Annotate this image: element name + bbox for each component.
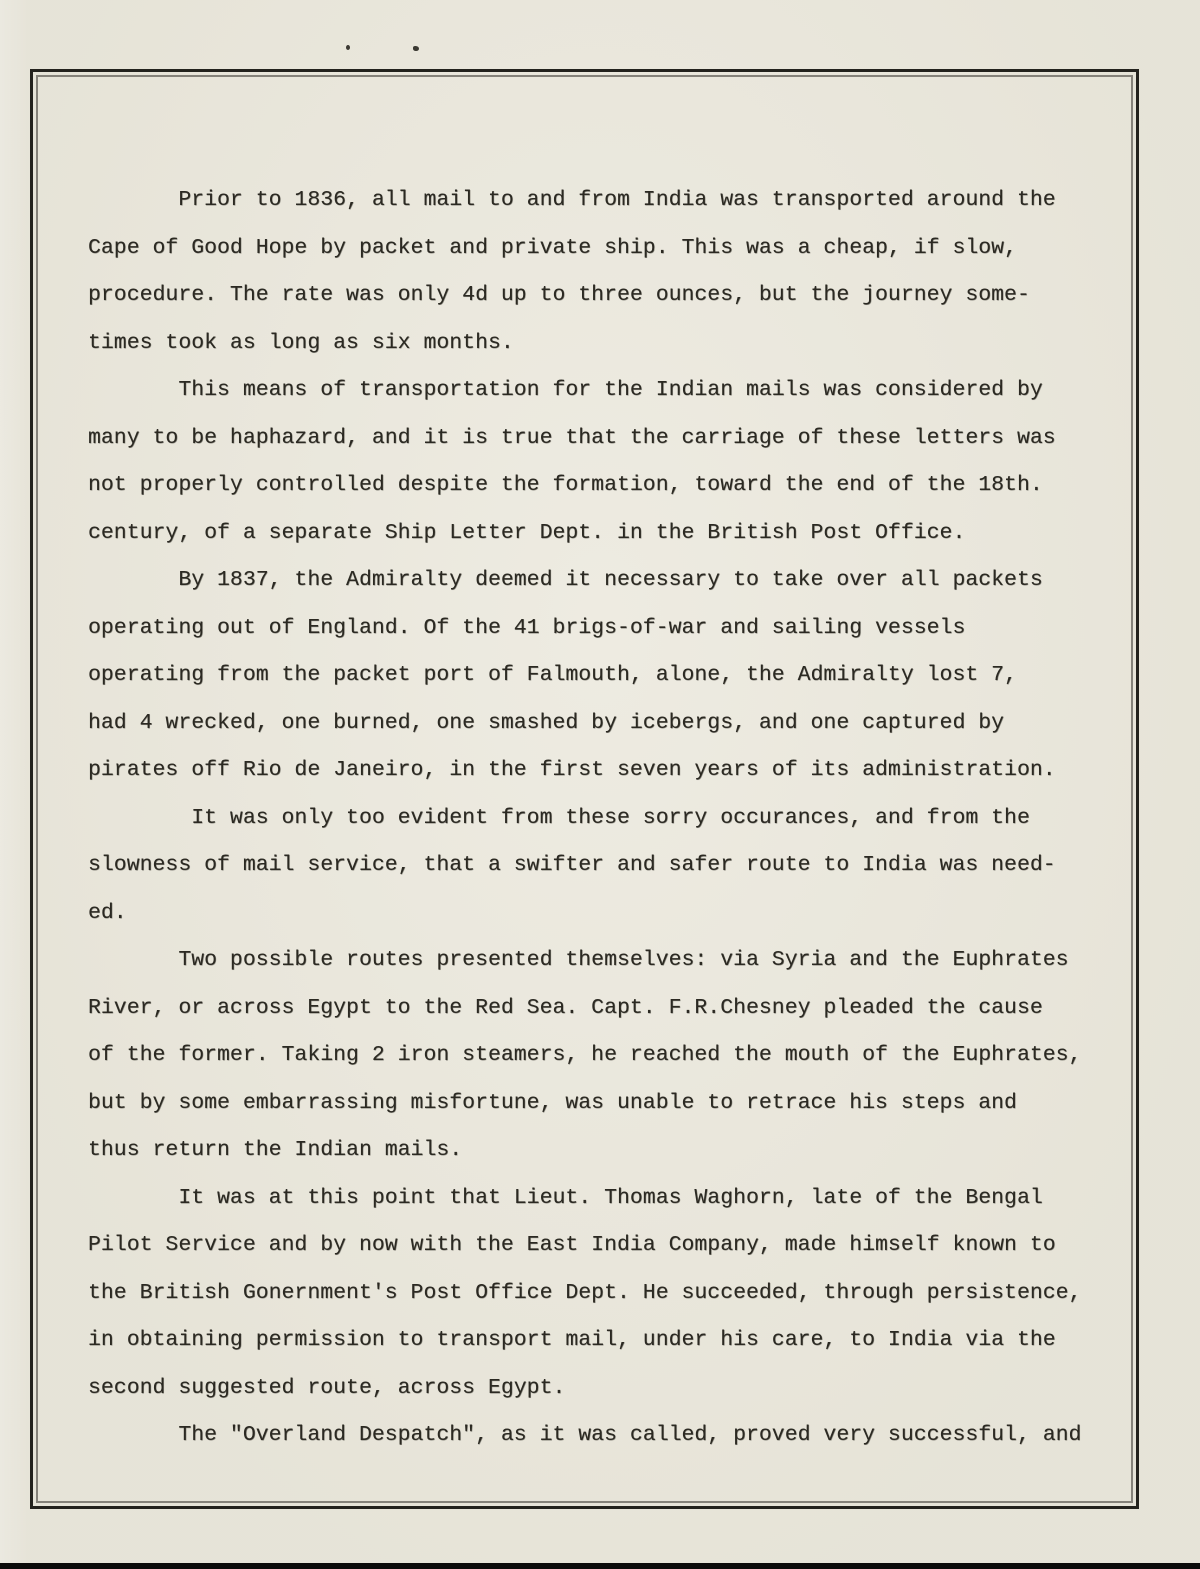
text-line: century, of a separate Ship Letter Dept.…: [88, 510, 1143, 558]
text-line: the British Gonernment's Post Office Dep…: [88, 1270, 1143, 1318]
text-line: slowness of mail service, that a swifter…: [88, 842, 1143, 890]
text-line: procedure. The rate was only 4d up to th…: [88, 272, 1143, 320]
text-line: The "Overland Despatch", as it was calle…: [88, 1412, 1143, 1460]
text-line: but by some embarrassing misfortune, was…: [88, 1080, 1143, 1128]
text-line: It was only too evident from these sorry…: [88, 795, 1143, 843]
text-line: Two possible routes presented themselves…: [88, 937, 1143, 985]
text-line: Cape of Good Hope by packet and private …: [88, 225, 1143, 273]
text-line: Prior to 1836, all mail to and from Indi…: [88, 177, 1143, 225]
text-line: times took as long as six months.: [88, 320, 1143, 368]
scan-edge-bar: [0, 1563, 1200, 1569]
text-line: not properly controlled despite the form…: [88, 462, 1143, 510]
text-line: operating from the packet port of Falmou…: [88, 652, 1143, 700]
text-line: It was at this point that Lieut. Thomas …: [88, 1175, 1143, 1223]
scan-speck: [346, 45, 350, 50]
text-line: ed.: [88, 890, 1143, 938]
text-line: pirates off Rio de Janeiro, in the first…: [88, 747, 1143, 795]
text-line: of the former. Taking 2 iron steamers, h…: [88, 1032, 1143, 1080]
typewritten-text: Prior to 1836, all mail to and from Indi…: [88, 177, 1143, 1460]
text-line: had 4 wrecked, one burned, one smashed b…: [88, 700, 1143, 748]
text-line: River, or across Egypt to the Red Sea. C…: [88, 985, 1143, 1033]
text-line: in obtaining permission to transport mai…: [88, 1317, 1143, 1365]
text-line: thus return the Indian mails.: [88, 1127, 1143, 1175]
text-line: many to be haphazard, and it is true tha…: [88, 415, 1143, 463]
text-line: Pilot Service and by now with the East I…: [88, 1222, 1143, 1270]
text-line: By 1837, the Admiralty deemed it necessa…: [88, 557, 1143, 605]
scan-speck: [413, 46, 419, 51]
text-line: second suggested route, across Egypt.: [88, 1365, 1143, 1413]
text-line: operating out of England. Of the 41 brig…: [88, 605, 1143, 653]
text-line: This means of transportation for the Ind…: [88, 367, 1143, 415]
